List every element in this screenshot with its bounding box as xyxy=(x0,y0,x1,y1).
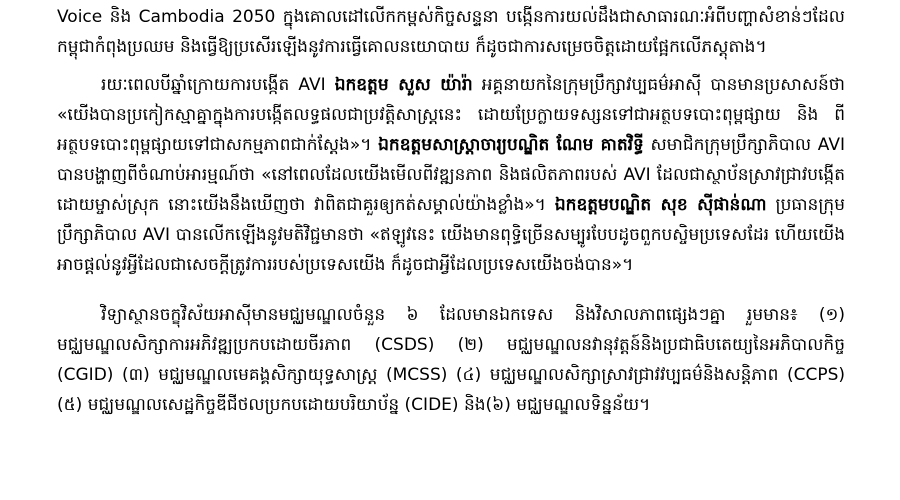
document-page: Voice និង Cambodia 2050 ក្នុងគោលដៅលើកកម្… xyxy=(0,0,900,500)
text-run: Voice និង Cambodia 2050 ក្នុងគោលដៅលើកកម្… xyxy=(57,7,845,57)
paragraph-avi-statements: រយៈពេលបីឆ្នាំក្រោយការបង្កើត AVI ឯកឧត្តម … xyxy=(57,70,845,280)
text-run: រយៈពេលបីឆ្នាំក្រោយការបង្កើត AVI xyxy=(101,75,335,95)
person-name-nem-keatvitthy: ឯកឧត្តមសាស្ត្រាចារ្យបណ្ឌិត ណែម គាតវិទ្ធី xyxy=(378,135,644,155)
text-run: វិទ្យាស្ថានចក្ខុវិស័យអាស៊ីមានមជ្ឈមណ្ឌលចំ… xyxy=(57,305,845,415)
paragraph-voice-cambodia-2050: Voice និង Cambodia 2050 ក្នុងគោលដៅលើកកម្… xyxy=(57,2,845,62)
person-name-sok-siphana: ឯកឧត្តមបណ្ឌិត សុខ ស៊ីផាន់ណា xyxy=(555,195,767,215)
person-name-suos-yara: ឯកឧត្តម សួស យ៉ារ៉ា xyxy=(335,75,473,95)
paragraph-avi-centers-list: វិទ្យាស្ថានចក្ខុវិស័យអាស៊ីមានមជ្ឈមណ្ឌលចំ… xyxy=(57,300,845,420)
